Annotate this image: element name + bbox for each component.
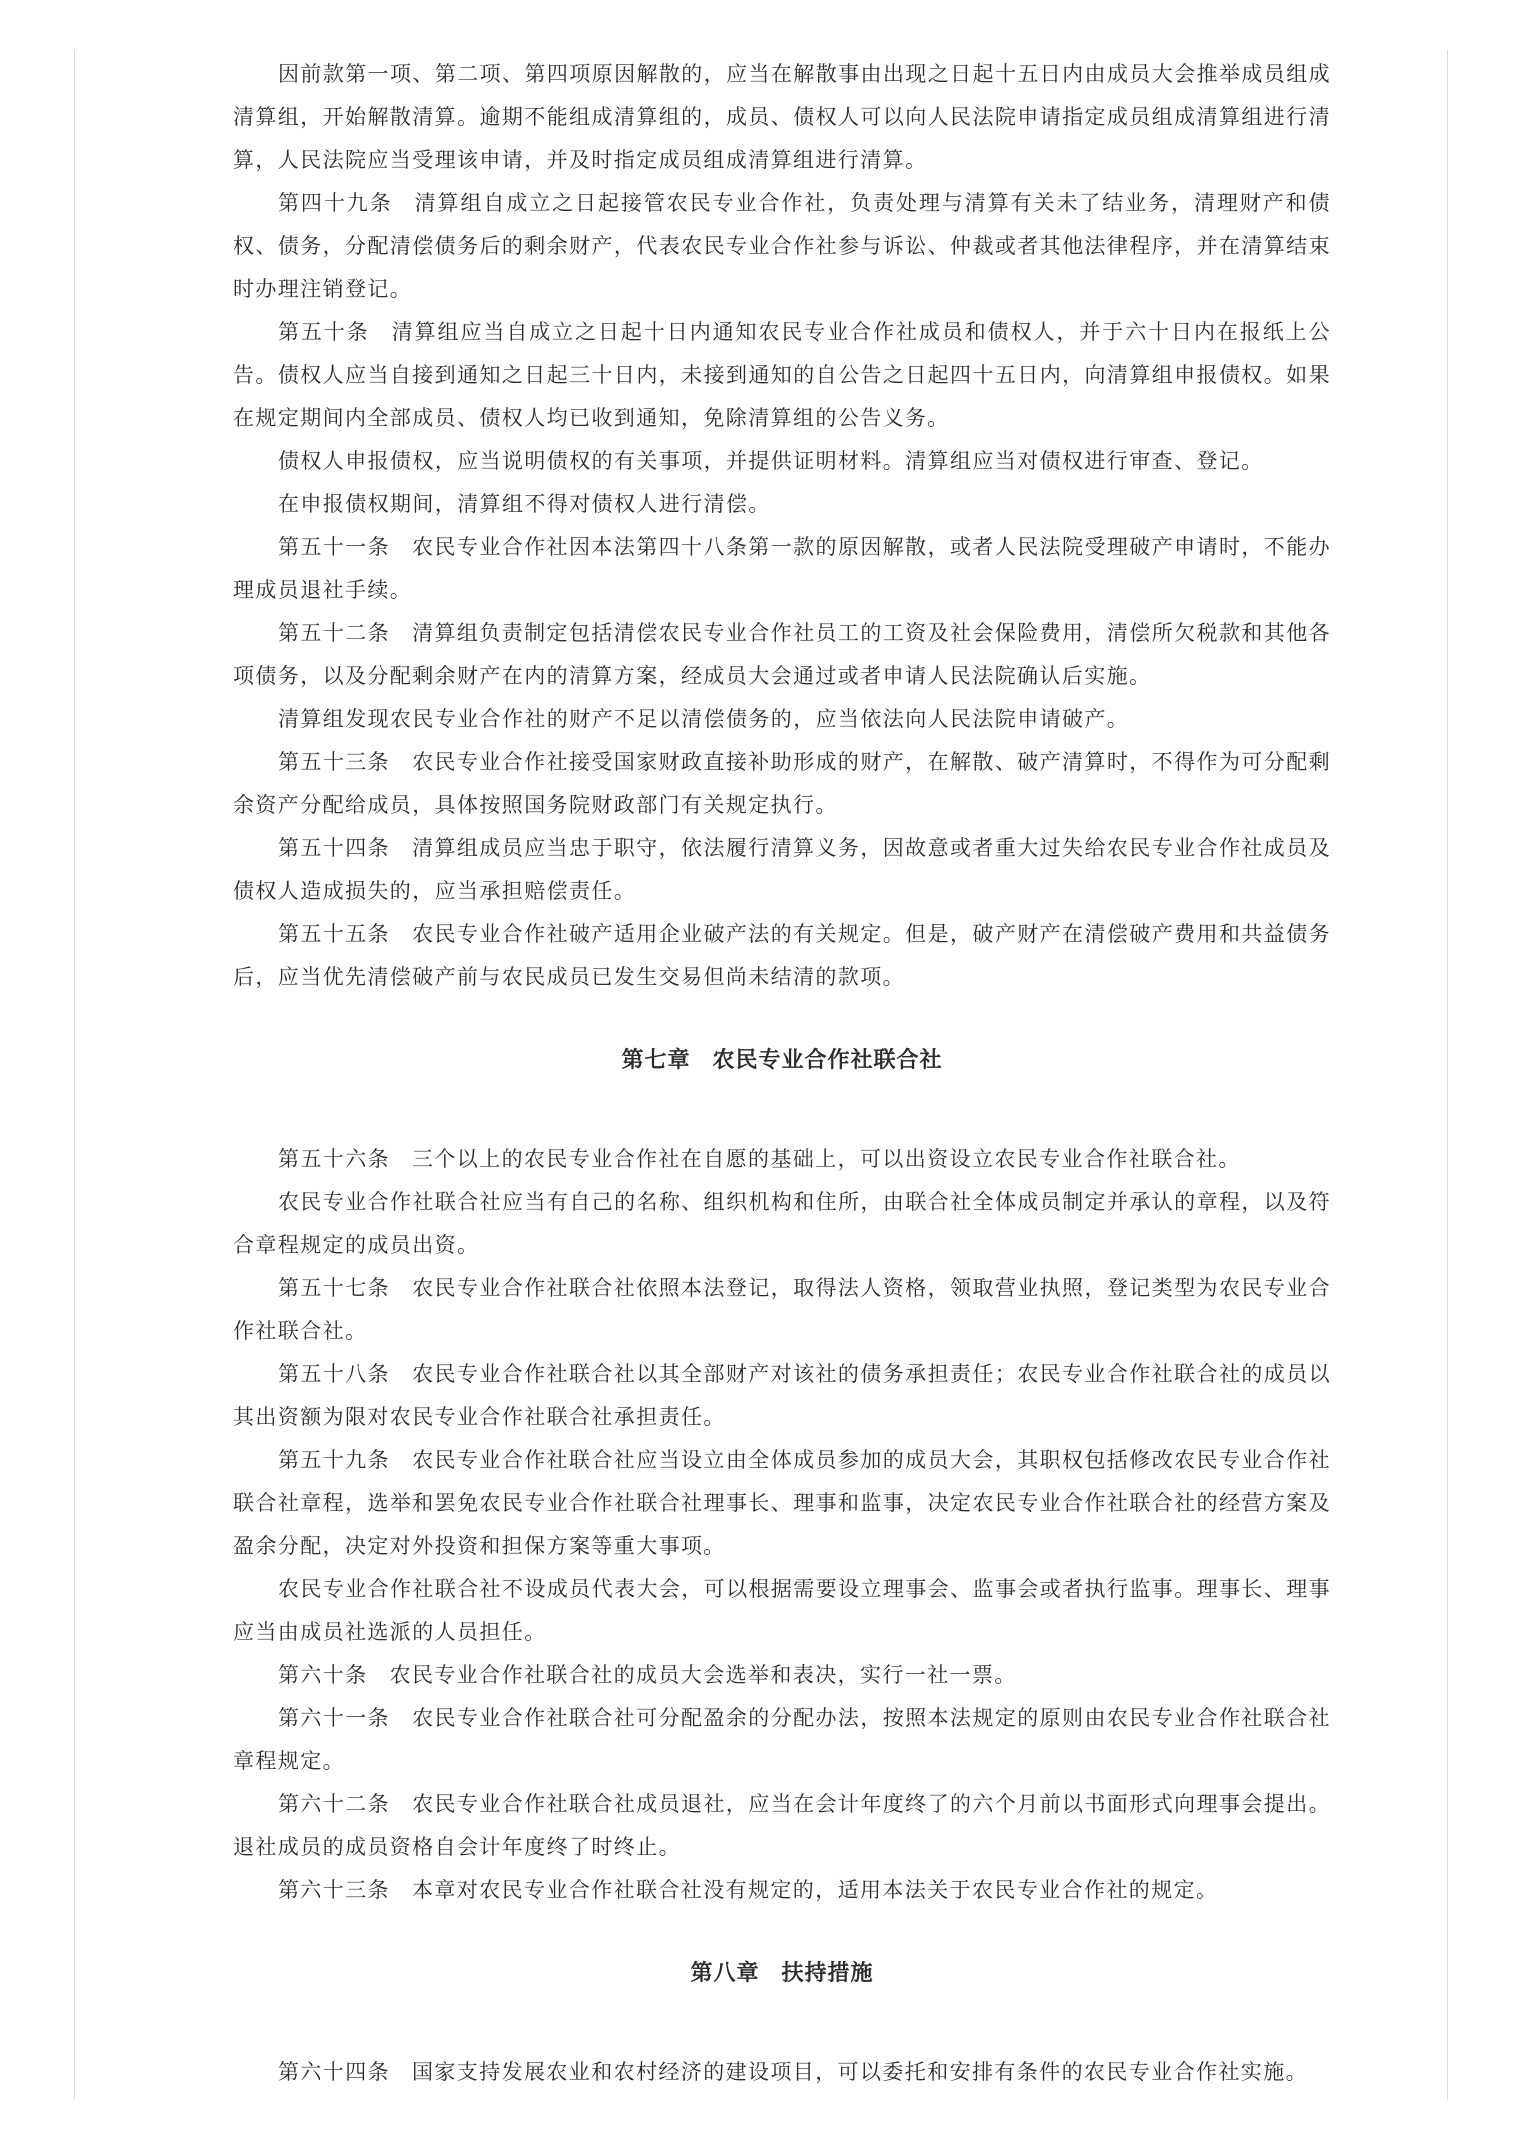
paragraph-text: 国家支持发展农业和农村经济的建设项目，可以委托和安排有条件的农民专业合作社实施。 <box>412 2060 1308 2084</box>
article-number: 第六十二条 <box>278 1792 390 1816</box>
article-62: 第六十二条农民专业合作社联合社成员退社，应当在会计年度终了的六个月前以书面形式向… <box>233 1783 1331 1869</box>
paragraph-text: 在申报债权期间，清算组不得对债权人进行清偿。 <box>278 492 771 516</box>
article-52: 第五十二条清算组负责制定包括清偿农民专业合作社员工的工资及社会保险费用，清偿所欠… <box>233 612 1331 698</box>
article-number: 第五十一条 <box>278 535 390 559</box>
article-64: 第六十四条国家支持发展农业和农村经济的建设项目，可以委托和安排有条件的农民专业合… <box>233 2051 1331 2094</box>
spacer <box>233 1082 1331 1138</box>
paragraph: 在申报债权期间，清算组不得对债权人进行清偿。 <box>233 483 1331 526</box>
article-60: 第六十条农民专业合作社联合社的成员大会选举和表决，实行一社一票。 <box>233 1654 1331 1697</box>
chapter-title: 扶持措施 <box>782 1961 874 1986</box>
article-50: 第五十条清算组应当自成立之日起十日内通知农民专业合作社成员和债权人，并于六十日内… <box>233 311 1331 440</box>
article-number: 第四十九条 <box>278 191 393 215</box>
article-57: 第五十七条农民专业合作社联合社依照本法登记，取得法人资格，领取营业执照，登记类型… <box>233 1267 1331 1353</box>
paragraph-text: 农民专业合作社联合社的成员大会选举和表决，实行一社一票。 <box>390 1663 1017 1687</box>
paragraph: 清算组发现农民专业合作社的财产不足以清偿债务的，应当依法向人民法院申请破产。 <box>233 698 1331 741</box>
article-number: 第六十四条 <box>278 2060 390 2084</box>
article-number: 第五十三条 <box>278 750 390 774</box>
paragraph-text: 农民专业合作社破产适用企业破产法的有关规定。但是，破产财产在清偿破产费用和共益债… <box>233 922 1331 989</box>
chapter-title: 农民专业合作社联合社 <box>713 1048 943 1073</box>
article-63: 第六十三条本章对农民专业合作社联合社没有规定的，适用本法关于农民专业合作社的规定… <box>233 1869 1331 1912</box>
spacer <box>233 999 1331 1039</box>
paragraph-text: 农民专业合作社因本法第四十八条第一款的原因解散，或者人民法院受理破产申请时，不能… <box>233 535 1331 602</box>
article-56: 第五十六条三个以上的农民专业合作社在自愿的基础上，可以出资设立农民专业合作社联合… <box>233 1138 1331 1181</box>
paragraph-text: 清算组应当自成立之日起十日内通知农民专业合作社成员和债权人，并于六十日内在报纸上… <box>233 320 1331 430</box>
article-number: 第五十五条 <box>278 922 390 946</box>
article-number: 第六十条 <box>278 1663 368 1687</box>
paragraph-text: 农民专业合作社接受国家财政直接补助形成的财产，在解散、破产清算时，不得作为可分配… <box>233 750 1331 817</box>
paragraph-text: 因前款第一项、第二项、第四项原因解散的，应当在解散事由出现之日起十五日内由成员大… <box>233 62 1331 172</box>
chapter-number: 第七章 <box>621 1048 690 1073</box>
article-number: 第五十八条 <box>278 1362 390 1386</box>
article-49: 第四十九条清算组自成立之日起接管农民专业合作社，负责处理与清算有关未了结业务，清… <box>233 182 1331 311</box>
spacer <box>233 1912 1331 1952</box>
article-53: 第五十三条农民专业合作社接受国家财政直接补助形成的财产，在解散、破产清算时，不得… <box>233 741 1331 827</box>
paragraph-text: 农民专业合作社联合社成员退社，应当在会计年度终了的六个月前以书面形式向理事会提出… <box>233 1792 1331 1859</box>
article-number: 第六十一条 <box>278 1706 390 1730</box>
article-58: 第五十八条农民专业合作社联合社以其全部财产对该社的债务承担责任；农民专业合作社联… <box>233 1353 1331 1439</box>
paragraph: 农民专业合作社联合社不设成员代表大会，可以根据需要设立理事会、监事会或者执行监事… <box>233 1568 1331 1654</box>
article-number: 第六十三条 <box>278 1878 390 1902</box>
paragraph-text: 农民专业合作社联合社应当有自己的名称、组织机构和住所，由联合社全体成员制定并承认… <box>233 1190 1331 1257</box>
paragraph-text: 农民专业合作社联合社依照本法登记，取得法人资格，领取营业执照，登记类型为农民专业… <box>233 1276 1331 1343</box>
article-59: 第五十九条农民专业合作社联合社应当设立由全体成员参加的成员大会，其职权包括修改农… <box>233 1439 1331 1568</box>
article-54: 第五十四条清算组成员应当忠于职守，依法履行清算义务，因故意或者重大过失给农民专业… <box>233 827 1331 913</box>
paragraph-text: 农民专业合作社联合社以其全部财产对该社的债务承担责任；农民专业合作社联合社的成员… <box>233 1362 1331 1429</box>
paragraph-text: 农民专业合作社联合社应当设立由全体成员参加的成员大会，其职权包括修改农民专业合作… <box>233 1448 1331 1558</box>
spacer <box>233 1995 1331 2051</box>
paragraph-text: 清算组负责制定包括清偿农民专业合作社员工的工资及社会保险费用，清偿所欠税款和其他… <box>233 621 1331 688</box>
paragraph-text: 三个以上的农民专业合作社在自愿的基础上，可以出资设立农民专业合作社联合社。 <box>412 1147 1241 1171</box>
paragraph-text: 清算组自成立之日起接管农民专业合作社，负责处理与清算有关未了结业务，清理财产和债… <box>233 191 1331 301</box>
article-number: 第五十二条 <box>278 621 390 645</box>
article-number: 第五十四条 <box>278 836 390 860</box>
paragraph-text: 债权人申报债权，应当说明债权的有关事项，并提供证明材料。清算组应当对债权进行审查… <box>278 449 1264 473</box>
paragraph: 债权人申报债权，应当说明债权的有关事项，并提供证明材料。清算组应当对债权进行审查… <box>233 440 1331 483</box>
article-number: 第五十条 <box>278 320 370 344</box>
paragraph-text: 清算组发现农民专业合作社的财产不足以清偿债务的，应当依法向人民法院申请破产。 <box>278 707 1129 731</box>
paragraph: 因前款第一项、第二项、第四项原因解散的，应当在解散事由出现之日起十五日内由成员大… <box>233 53 1331 182</box>
chapter-number: 第八章 <box>690 1961 759 1986</box>
chapter-heading-7: 第七章农民专业合作社联合社 <box>233 1039 1331 1082</box>
paragraph-text: 农民专业合作社联合社可分配盈余的分配办法，按照本法规定的原则由农民专业合作社联合… <box>233 1706 1331 1773</box>
paragraph: 农民专业合作社联合社应当有自己的名称、组织机构和住所，由联合社全体成员制定并承认… <box>233 1181 1331 1267</box>
paragraph-text: 农民专业合作社联合社不设成员代表大会，可以根据需要设立理事会、监事会或者执行监事… <box>233 1577 1331 1644</box>
paragraph-text: 清算组成员应当忠于职守，依法履行清算义务，因故意或者重大过失给农民专业合作社成员… <box>233 836 1331 903</box>
article-number: 第五十六条 <box>278 1147 390 1171</box>
article-55: 第五十五条农民专业合作社破产适用企业破产法的有关规定。但是，破产财产在清偿破产费… <box>233 913 1331 999</box>
article-number: 第五十九条 <box>278 1448 390 1472</box>
document-body: 因前款第一项、第二项、第四项原因解散的，应当在解散事由出现之日起十五日内由成员大… <box>233 53 1331 2094</box>
article-61: 第六十一条农民专业合作社联合社可分配盈余的分配办法，按照本法规定的原则由农民专业… <box>233 1697 1331 1783</box>
chapter-heading-8: 第八章扶持措施 <box>233 1952 1331 1995</box>
article-51: 第五十一条农民专业合作社因本法第四十八条第一款的原因解散，或者人民法院受理破产申… <box>233 526 1331 612</box>
paragraph-text: 本章对农民专业合作社联合社没有规定的，适用本法关于农民专业合作社的规定。 <box>412 1878 1218 1902</box>
article-number: 第五十七条 <box>278 1276 390 1300</box>
